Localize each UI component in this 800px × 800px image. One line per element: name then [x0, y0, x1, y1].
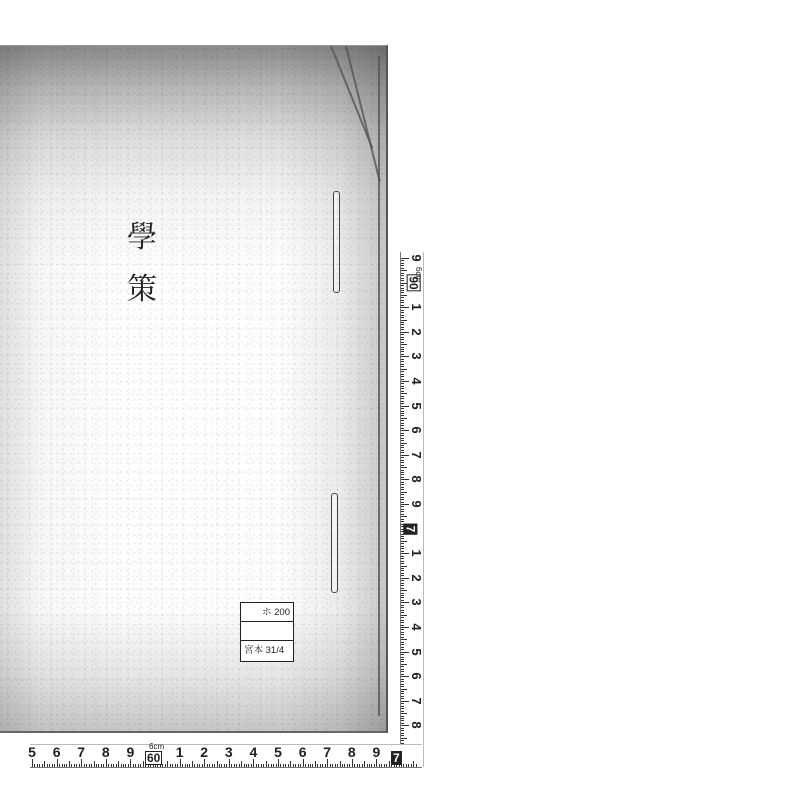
- ruler-tick: [401, 701, 409, 702]
- ruler-tick: [401, 332, 409, 333]
- ruler-tick: [258, 764, 259, 767]
- ruler-number: 8: [409, 717, 423, 733]
- ruler-tick: [401, 568, 404, 569]
- ruler-tick: [401, 460, 404, 461]
- ruler-tick: [401, 605, 404, 606]
- ruler-tick: [263, 764, 264, 767]
- ruler-tick: [401, 521, 404, 522]
- ruler-tick: [401, 703, 404, 704]
- ruler-tick: [401, 625, 404, 626]
- label-row-blank: [241, 622, 293, 641]
- ruler-tick: [226, 764, 227, 767]
- ruler-number: 9: [372, 745, 380, 759]
- ruler-tick: [401, 487, 404, 488]
- ruler-tick: [371, 764, 372, 767]
- ruler-tick: [401, 669, 404, 670]
- ruler-tick: [401, 617, 404, 618]
- ruler-tick: [401, 295, 407, 296]
- ruler-tick: [401, 472, 404, 473]
- ruler-tick: [347, 764, 348, 767]
- ruler-tick: [401, 443, 407, 444]
- ruler-tick: [340, 761, 341, 767]
- ruler-number: 6: [409, 422, 423, 438]
- ruler-tick: [246, 764, 247, 767]
- ruler-tick: [54, 764, 55, 767]
- ruler-tick: [283, 764, 284, 767]
- ruler-tick: [401, 728, 404, 729]
- ruler-tick: [401, 300, 404, 301]
- cover-crease: [345, 46, 380, 182]
- ruler-tick: [194, 764, 195, 767]
- ruler-tick: [401, 639, 407, 640]
- ruler-number: 1: [409, 545, 423, 561]
- ruler-tick: [165, 764, 166, 767]
- ruler-tick: [401, 288, 404, 289]
- ruler-tick: [349, 764, 350, 767]
- ruler-tick: [401, 347, 404, 348]
- ruler-tick: [401, 381, 409, 382]
- ruler-tick: [234, 764, 235, 767]
- ruler-tick: [416, 764, 417, 767]
- ruler-tick: [219, 764, 220, 767]
- ruler-tick: [123, 764, 124, 767]
- ruler-tick: [401, 494, 404, 495]
- ruler-tick: [401, 388, 404, 389]
- ruler-tick: [401, 708, 404, 709]
- ruler-tick: [401, 561, 404, 562]
- ruler-tick: [401, 364, 404, 365]
- ruler-tick: [401, 593, 404, 594]
- ruler-tick: [401, 379, 404, 380]
- ruler-number: 2: [409, 570, 423, 586]
- ruler-tick: [401, 366, 404, 367]
- ruler-tick: [244, 764, 245, 767]
- ruler-tick: [167, 761, 168, 767]
- ruler-tick: [401, 447, 404, 448]
- ruler-tick: [401, 273, 404, 274]
- ruler-tick: [187, 764, 188, 767]
- ruler-number: 7: [323, 745, 331, 759]
- ruler-tick: [401, 666, 404, 667]
- ruler-major-label: 7: [403, 523, 417, 534]
- ruler-tick: [401, 730, 404, 731]
- ruler-tick: [401, 457, 404, 458]
- ruler-tick: [401, 445, 404, 446]
- ruler-tick: [401, 415, 404, 416]
- book-cover: [0, 45, 388, 733]
- ruler-tick: [108, 764, 109, 767]
- ruler-tick: [401, 334, 404, 335]
- ruler-tick: [401, 637, 404, 638]
- ruler-tick: [406, 764, 407, 767]
- ruler-tick: [352, 759, 353, 767]
- ruler-tick: [317, 764, 318, 767]
- ruler-tick: [401, 351, 404, 352]
- ruler-tick: [374, 764, 375, 767]
- ruler-tick: [94, 761, 95, 767]
- ruler-tick: [276, 764, 277, 767]
- ruler-number: 7: [409, 447, 423, 463]
- ruler-tick: [401, 263, 404, 264]
- ruler-tick: [401, 450, 404, 451]
- ruler-tick: [369, 764, 370, 767]
- ruler-number: 3: [409, 348, 423, 364]
- ruler-tick: [135, 764, 136, 767]
- ruler-number: 3: [409, 594, 423, 610]
- ruler-tick: [300, 764, 301, 767]
- ruler-tick: [335, 764, 336, 767]
- ruler-number: 6: [53, 745, 61, 759]
- ruler-tick: [401, 716, 404, 717]
- ruler-tick: [401, 578, 409, 579]
- ruler-tick: [401, 647, 404, 648]
- ruler-tick: [384, 764, 385, 767]
- ruler-number: 8: [409, 471, 423, 487]
- ruler-tick: [101, 764, 102, 767]
- ruler-tick: [401, 265, 404, 266]
- ruler-tick: [401, 632, 404, 633]
- ruler-tick: [401, 553, 409, 554]
- ruler-tick: [103, 764, 104, 767]
- ruler-tick: [401, 698, 404, 699]
- ruler-tick: [308, 764, 309, 767]
- ruler-tick: [401, 622, 404, 623]
- ruler-tick: [177, 764, 178, 767]
- ruler-tick: [401, 310, 404, 311]
- ruler-tick: [401, 642, 404, 643]
- ruler-tick: [401, 536, 404, 537]
- cover-crease: [330, 46, 373, 149]
- ruler-tick: [89, 764, 90, 767]
- ruler-tick: [401, 278, 404, 279]
- ruler-tick: [413, 761, 414, 767]
- ruler-tick: [71, 764, 72, 767]
- ruler-tick: [401, 270, 407, 271]
- ruler-tick: [57, 759, 58, 767]
- ruler-tick: [401, 305, 404, 306]
- ruler-tick: [401, 315, 404, 316]
- ruler-tick: [162, 764, 163, 767]
- ruler-tick: [401, 455, 409, 456]
- ruler-tick: [401, 602, 409, 603]
- ruler-tick: [401, 420, 404, 421]
- ruler-tick: [401, 499, 404, 500]
- cover-edge: [378, 56, 380, 716]
- ruler-tick: [403, 764, 404, 767]
- ruler-tick: [39, 764, 40, 767]
- ruler-tick: [401, 657, 404, 658]
- ruler-tick: [192, 761, 193, 767]
- ruler-tick: [401, 425, 404, 426]
- ruler-number: 7: [77, 745, 85, 759]
- ruler-tick: [189, 764, 190, 767]
- ruler-tick: [52, 764, 53, 767]
- ruler-tick: [116, 764, 117, 767]
- ruler-tick: [401, 511, 404, 512]
- ruler-tick: [401, 359, 404, 360]
- ruler-tick: [271, 764, 272, 767]
- ruler-tick: [401, 538, 404, 539]
- ruler-tick: [401, 723, 404, 724]
- ruler-tick: [298, 764, 299, 767]
- ruler-tick: [401, 627, 409, 628]
- ruler-tick: [401, 612, 404, 613]
- ruler-tick: [401, 575, 404, 576]
- ruler-tick: [401, 615, 407, 616]
- ruler-tick: [295, 764, 296, 767]
- ruler-tick: [376, 759, 377, 767]
- ruler-tick: [401, 349, 404, 350]
- ruler-tick: [32, 759, 33, 767]
- ruler-tick: [401, 548, 404, 549]
- ruler-tick: [253, 759, 254, 767]
- ruler-tick: [401, 356, 409, 357]
- ruler-tick: [224, 764, 225, 767]
- ruler-tick: [401, 339, 404, 340]
- ruler-tick: [401, 477, 404, 478]
- ruler-tick: [236, 764, 237, 767]
- ruler-tick: [401, 506, 404, 507]
- ruler-tick: [401, 452, 404, 453]
- ruler-tick: [401, 684, 404, 685]
- scanned-page: 學 策 ホ 200 宮本 31/4 9901234567897123456789…: [0, 0, 800, 800]
- ruler-tick: [401, 374, 404, 375]
- ruler-tick: [401, 354, 404, 355]
- ruler-tick: [401, 280, 404, 281]
- ruler-tick: [401, 664, 407, 665]
- ruler-tick: [182, 764, 183, 767]
- ruler-tick: [214, 764, 215, 767]
- ruler-tick: [359, 764, 360, 767]
- ruler-tick: [320, 764, 321, 767]
- ruler-tick: [180, 759, 181, 767]
- ruler-number: 3: [225, 745, 233, 759]
- ruler-tick: [401, 408, 404, 409]
- ruler-tick: [401, 659, 404, 660]
- ruler-tick: [362, 764, 363, 767]
- ruler-tick: [37, 764, 38, 767]
- title-char-2: 策: [122, 264, 162, 316]
- ruler-tick: [128, 764, 129, 767]
- ruler-tick: [401, 297, 404, 298]
- ruler-tick: [401, 275, 404, 276]
- ruler-tick: [401, 403, 404, 404]
- label-row-collection: 宮本 31/4: [241, 641, 293, 660]
- vertical-scale-ruler: 99012345678971234567896cm: [400, 252, 424, 767]
- ruler-tick: [401, 649, 404, 650]
- ruler-tick: [330, 764, 331, 767]
- ruler-tick: [401, 740, 404, 741]
- ruler-tick: [312, 764, 313, 767]
- ruler-tick: [401, 711, 404, 712]
- ruler-tick: [401, 396, 404, 397]
- ruler-tick: [91, 764, 92, 767]
- ruler-tick: [74, 764, 75, 767]
- ruler-tick: [401, 652, 409, 653]
- ruler-tick: [401, 467, 407, 468]
- ruler-tick: [285, 764, 286, 767]
- ruler-tick: [170, 764, 171, 767]
- ruler-tick: [401, 546, 404, 547]
- ruler-tick: [64, 764, 65, 767]
- ruler-unit-label: 6cm: [414, 267, 423, 282]
- ruler-tick: [401, 470, 404, 471]
- ruler-tick: [401, 629, 404, 630]
- ruler-tick: [401, 588, 404, 589]
- ruler-tick: [401, 290, 404, 291]
- ruler-tick: [401, 361, 404, 362]
- ruler-tick: [59, 764, 60, 767]
- ruler-tick: [315, 761, 316, 767]
- ruler-number: 2: [200, 745, 208, 759]
- ruler-tick: [49, 764, 50, 767]
- ruler-tick: [401, 376, 404, 377]
- ruler-tick: [248, 764, 249, 767]
- ruler-tick: [401, 595, 404, 596]
- ruler-tick: [76, 764, 77, 767]
- ruler-tick: [357, 764, 358, 767]
- ruler-tick: [231, 764, 232, 767]
- ruler-tick: [401, 509, 404, 510]
- ruler-tick: [379, 764, 380, 767]
- ruler-tick: [34, 764, 35, 767]
- ruler-tick: [401, 706, 404, 707]
- ruler-tick: [401, 541, 407, 542]
- ruler-tick: [401, 398, 404, 399]
- ruler-tick: [401, 268, 404, 269]
- ruler-tick: [401, 733, 404, 734]
- ruler-tick: [401, 411, 404, 412]
- ruler-tick: [325, 764, 326, 767]
- ruler-tick: [401, 597, 404, 598]
- ruler-tick: [401, 573, 404, 574]
- ruler-number: 4: [409, 619, 423, 635]
- ruler-tick: [401, 371, 404, 372]
- ruler-tick: [401, 428, 404, 429]
- ruler-tick: [98, 764, 99, 767]
- ruler-tick: [42, 764, 43, 767]
- ruler-tick: [401, 465, 404, 466]
- ruler-tick: [401, 566, 407, 567]
- cover-title: 學 策: [122, 212, 162, 316]
- ruler-tick: [401, 386, 404, 387]
- ruler-tick: [332, 764, 333, 767]
- ruler-tick: [401, 497, 404, 498]
- ruler-tick: [266, 761, 267, 767]
- ruler-number: 1: [176, 745, 184, 759]
- ruler-tick: [401, 679, 404, 680]
- ruler-tick: [386, 764, 387, 767]
- ruler-tick: [364, 761, 365, 767]
- ruler-tick: [290, 761, 291, 767]
- ruler-tick: [401, 484, 404, 485]
- ruler-major-label: 60: [145, 751, 162, 765]
- ruler-tick: [344, 764, 345, 767]
- ruler-tick: [204, 759, 205, 767]
- ruler-tick: [401, 322, 404, 323]
- ruler-tick: [401, 580, 404, 581]
- ruler-tick: [401, 489, 404, 490]
- ruler-tick: [401, 676, 409, 677]
- ruler-tick: [401, 329, 404, 330]
- ruler-tick: [106, 759, 107, 767]
- ruler-tick: [175, 764, 176, 767]
- ruler-tick: [401, 691, 404, 692]
- ruler-tick: [401, 492, 407, 493]
- ruler-tick: [401, 406, 409, 407]
- ruler-major-label: 7: [391, 751, 402, 765]
- horizontal-scale-ruler: 567896012345678976cm: [30, 744, 422, 768]
- ruler-tick: [381, 764, 382, 767]
- ruler-tick: [401, 401, 404, 402]
- ruler-tick: [202, 764, 203, 767]
- ruler-tick: [354, 764, 355, 767]
- ruler-tick: [401, 418, 407, 419]
- ruler-tick: [401, 720, 404, 721]
- ruler-tick: [367, 764, 368, 767]
- ruler-tick: [401, 718, 404, 719]
- ruler-tick: [401, 570, 404, 571]
- ruler-tick: [69, 761, 70, 767]
- ruler-tick: [401, 563, 404, 564]
- ruler-unit-label: 6cm: [149, 742, 164, 751]
- ruler-tick: [256, 764, 257, 767]
- ruler-tick: [401, 590, 407, 591]
- ruler-tick: [401, 312, 404, 313]
- ruler-tick: [401, 383, 404, 384]
- ruler-tick: [401, 258, 409, 259]
- ruler-tick: [44, 761, 45, 767]
- ruler-tick: [401, 327, 404, 328]
- ruler-tick: [401, 725, 409, 726]
- ruler-tick: [401, 292, 404, 293]
- ruler-tick: [241, 761, 242, 767]
- ruler-tick: [268, 764, 269, 767]
- ruler-number: 5: [409, 644, 423, 660]
- ruler-tick: [401, 317, 404, 318]
- ruler-tick: [401, 504, 409, 505]
- ruler-tick: [401, 302, 404, 303]
- ruler-tick: [401, 558, 404, 559]
- ruler-tick: [62, 764, 63, 767]
- binding-stitch: [331, 493, 338, 593]
- ruler-tick: [401, 516, 407, 517]
- ruler-tick: [401, 320, 407, 321]
- ruler-tick: [140, 764, 141, 767]
- ruler-number: 6: [409, 668, 423, 684]
- ruler-tick: [401, 674, 404, 675]
- ruler-tick: [401, 556, 404, 557]
- ruler-tick: [401, 644, 404, 645]
- ruler-tick: [401, 502, 404, 503]
- ruler-tick: [401, 440, 404, 441]
- ruler-tick: [401, 393, 407, 394]
- ruler-tick: [121, 764, 122, 767]
- ruler-tick: [303, 759, 304, 767]
- ruler-tick: [197, 764, 198, 767]
- ruler-tick: [118, 761, 119, 767]
- ruler-tick: [401, 344, 407, 345]
- ruler-tick: [239, 764, 240, 767]
- ruler-tick: [401, 681, 404, 682]
- ruler-tick: [401, 285, 404, 286]
- ruler-number: 6: [299, 745, 307, 759]
- ruler-tick: [251, 764, 252, 767]
- ruler-number: 9: [126, 745, 134, 759]
- ruler-tick: [401, 693, 404, 694]
- ruler-tick: [401, 689, 407, 690]
- ruler-tick: [401, 462, 404, 463]
